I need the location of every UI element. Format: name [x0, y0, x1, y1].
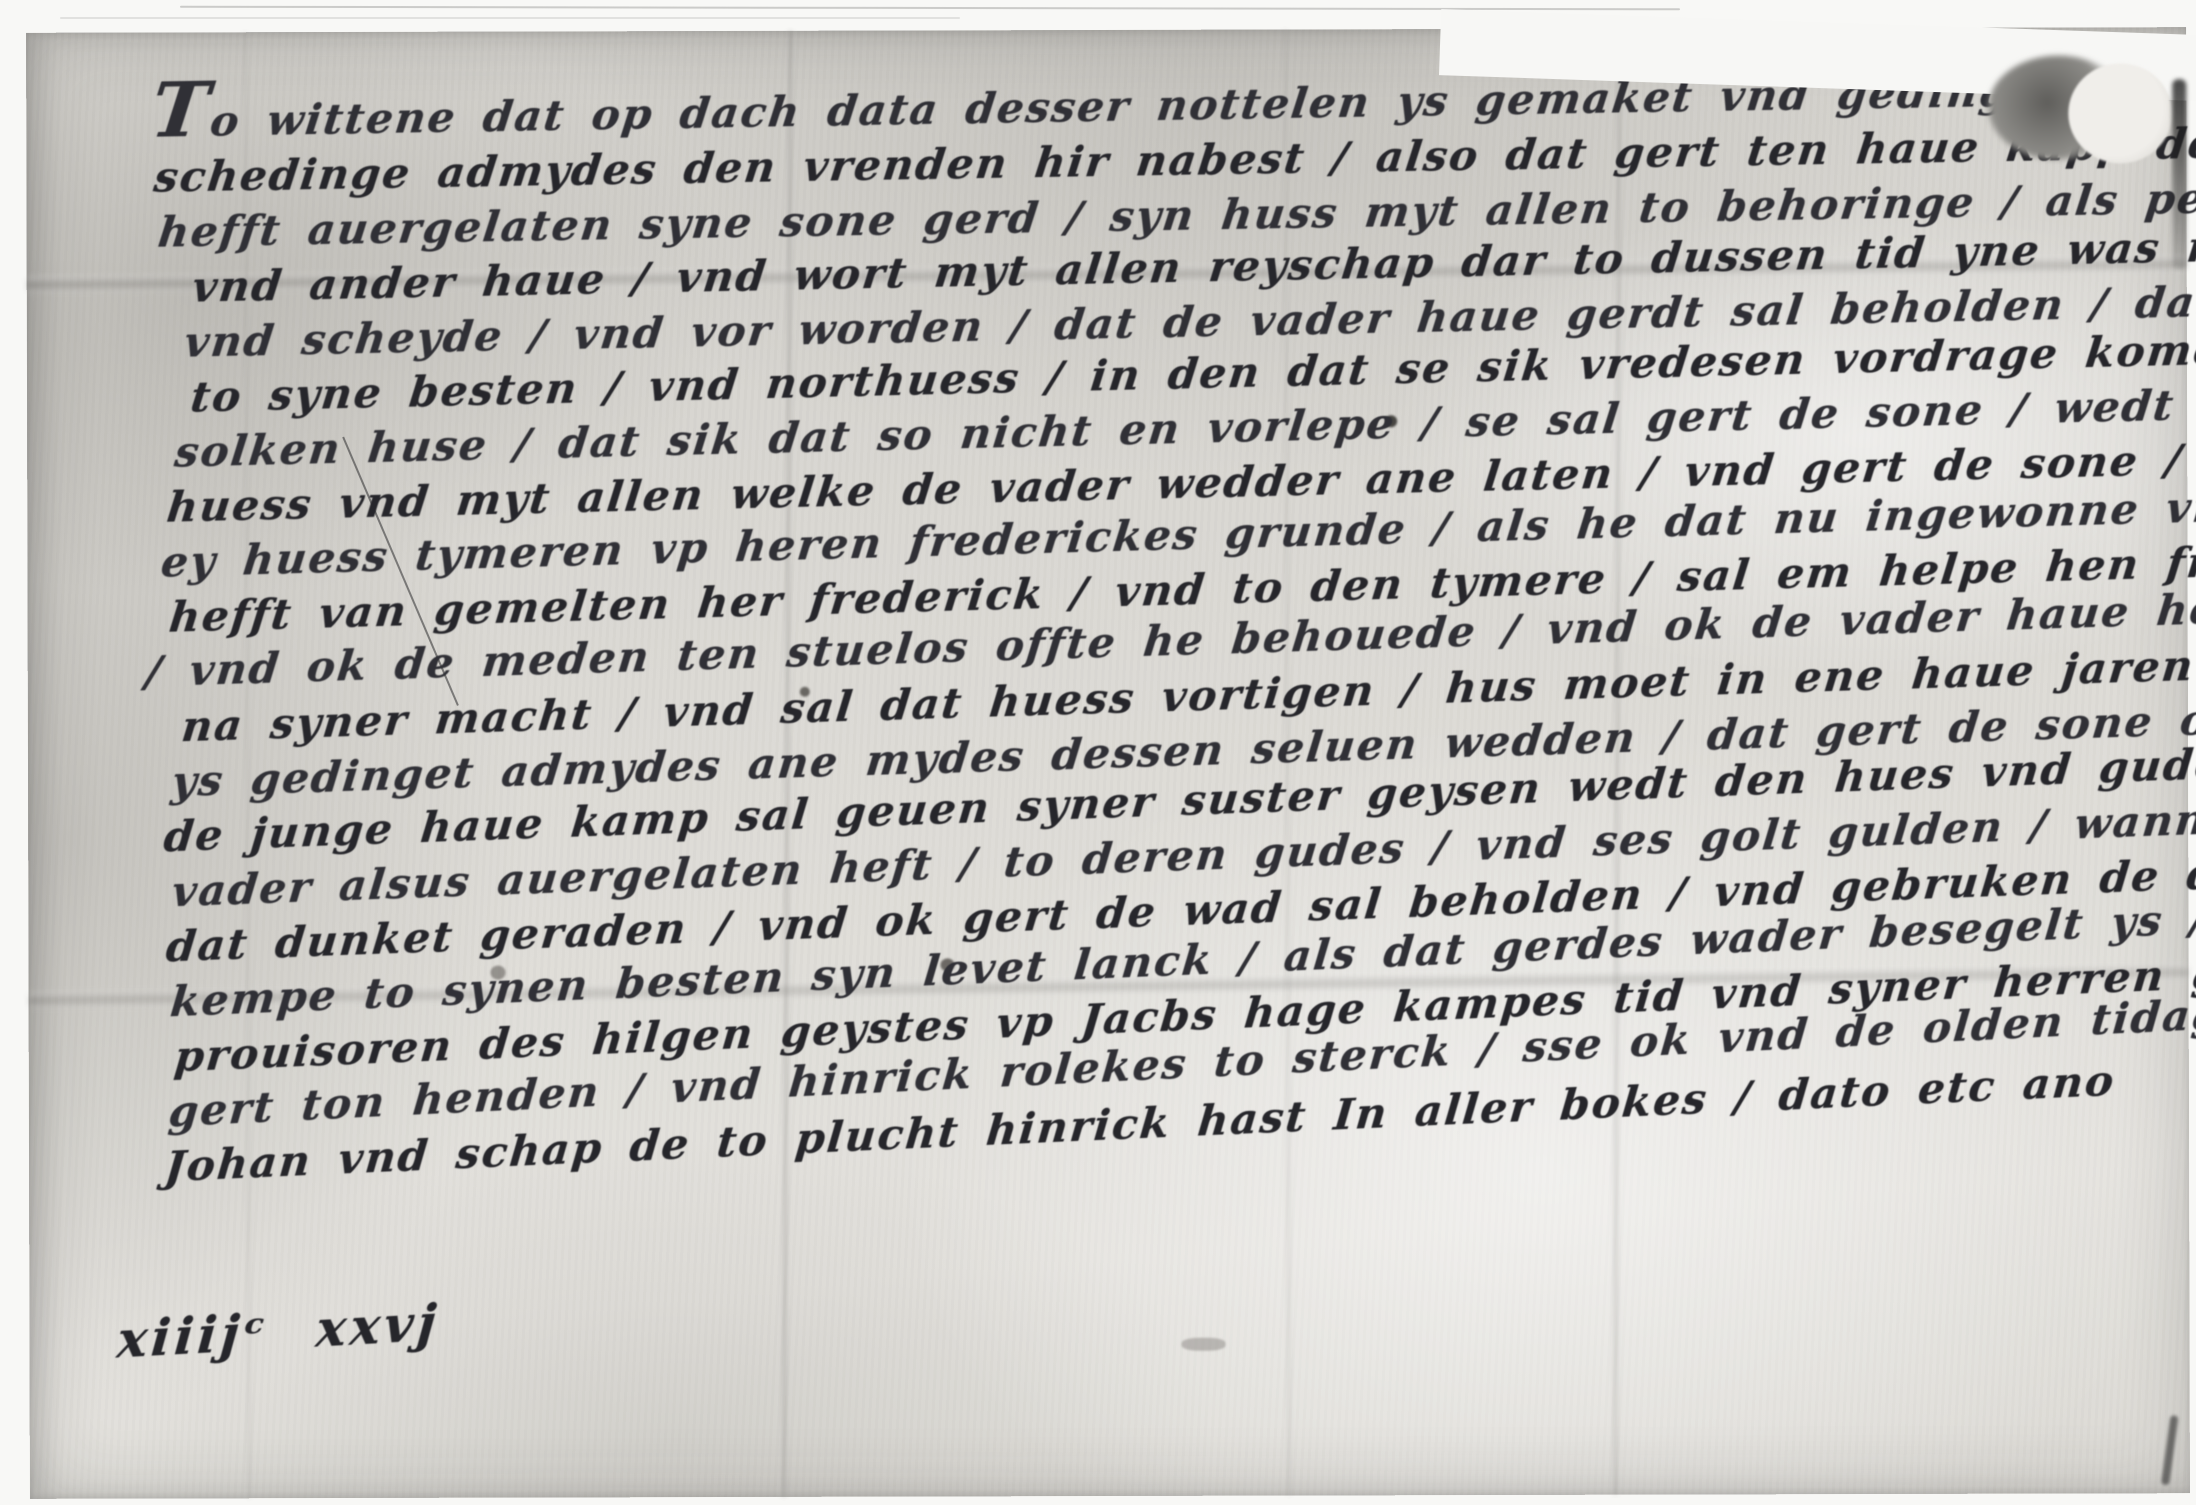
- folded-corner: [2068, 63, 2172, 163]
- dateline-year-numerals: xiiijᶜ xxvj: [115, 1293, 442, 1370]
- right-edge-dark-mark: [2172, 79, 2186, 269]
- scanner-scratch-line: [60, 17, 960, 19]
- bottom-right-edge-mark: [2161, 1415, 2178, 1485]
- manuscript-text: To wittene dat op dach data desser notte…: [144, 89, 2157, 1194]
- ink-smudge: [1182, 1338, 1226, 1351]
- manuscript-paper: To wittene dat op dach data desser notte…: [26, 27, 2190, 1499]
- scan-background: To wittene dat op dach data desser notte…: [0, 0, 2196, 1505]
